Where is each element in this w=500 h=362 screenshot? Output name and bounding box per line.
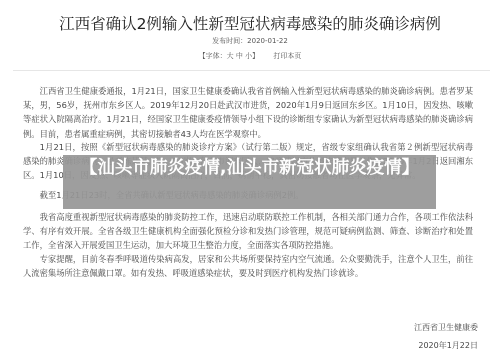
paragraph-5: 专家提醒，目前冬春季呼吸道传染病高发，居家和公共场所要保持室内空气流通。公众要勤…	[23, 252, 473, 280]
print-page-link[interactable]: 打印本页	[273, 52, 301, 60]
paragraph-4: 我省高度重视新型冠状病毒感染的肺炎防控工作，迅速启动联防联控工作机制，各相关部门…	[23, 210, 473, 253]
publish-date: 发布时间：2020-01-22	[0, 36, 500, 46]
signature-organization: 江西省卫生健康委	[414, 322, 478, 333]
signature-date: 2020年1月22日	[418, 340, 478, 351]
paragraph-text: 我省高度重视新型冠状病毒感染的肺炎防控工作，迅速启动联防联控工作机制，各相关部门…	[23, 210, 473, 253]
overlay-title: 【汕头市肺炎疫情,汕头市新冠状肺炎疫情】	[63, 156, 436, 180]
article-title: 江西省确认2例输入性新型冠状病毒感染的肺炎确诊病例	[0, 12, 500, 34]
paragraph-1: 江西省卫生健康委通报，1月21日，国家卫生健康委确认我省首例输入性新型冠状病毒感…	[23, 84, 473, 141]
paragraph-text: 专家提醒，目前冬春季呼吸道传染病高发，居家和公共场所要保持室内空气流通。公众要勤…	[23, 252, 473, 280]
paragraph-text: 江西省卫生健康委通报，1月21日，国家卫生健康委确认我省首例输入性新型冠状病毒感…	[23, 84, 473, 141]
font-size-selector[interactable]: 【字体：大 中 小】	[199, 52, 259, 60]
article-toolbar: 【字体：大 中 小】 打印本页	[0, 51, 500, 61]
header-divider	[13, 70, 490, 71]
